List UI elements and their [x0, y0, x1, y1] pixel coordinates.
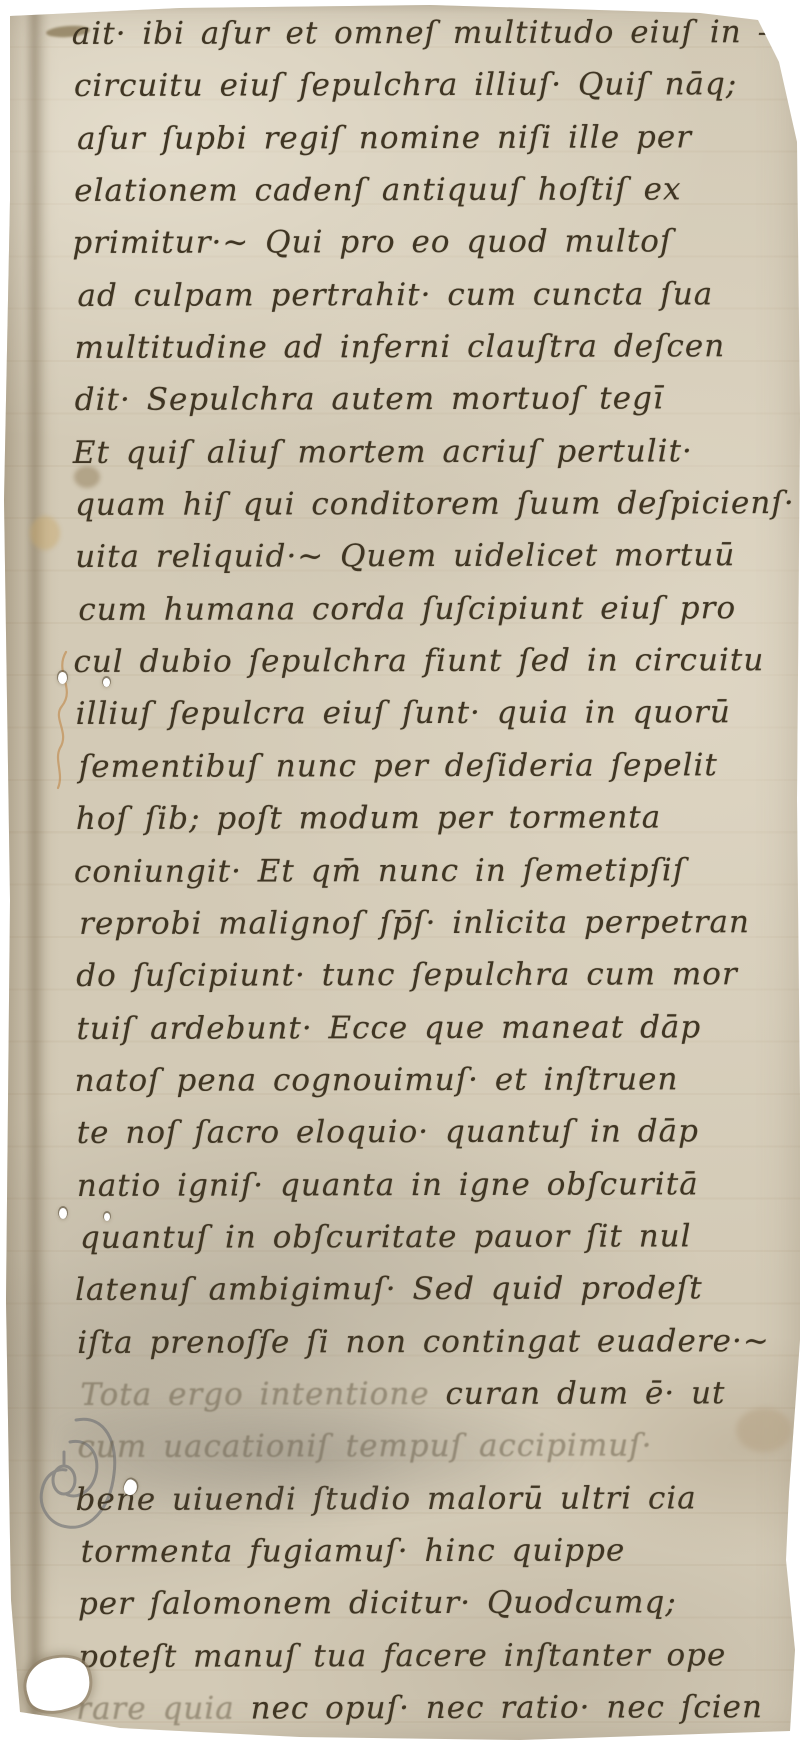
manuscript-line: iſta prenoſſe ſi non contingat euadere·~: [77, 1315, 799, 1369]
manuscript-line: ad culpam pertrahit· cum cuncta ſua: [77, 268, 799, 322]
manuscript-line: ait· ibi aſur et omneſ multitudo eiuſ in…: [72, 6, 794, 60]
manuscript-line: Et quiſ aliuſ mortem acriuſ pertulit·: [73, 425, 795, 479]
manuscript-line-text: nec opuſ· nec ratio· nec ſcien: [251, 1689, 763, 1726]
manuscript-line: tuiſ ardebunt· Ecce que maneat dāp: [76, 1001, 798, 1055]
wormhole-small: [103, 678, 110, 687]
manuscript-line: reprobi malignoſ ſp̄ſ· inlicita perpetra…: [79, 896, 800, 950]
manuscript-line: tormenta fugiamuſ· hinc quippe: [81, 1524, 800, 1578]
manuscript-line: natoſ pena cognouimuſ· et inſtruen: [74, 1053, 796, 1107]
wormhole-small: [58, 672, 67, 684]
manuscript-line: natio igniſ· quanta in igne obſcuritā: [77, 1158, 799, 1212]
manuscript-line: quantuſ in obſcuritate pauor ſit nul: [80, 1210, 800, 1264]
manuscript-line: quam hiſ qui conditorem ſuum deſpicienſ·: [75, 477, 797, 531]
manuscript-line: circuitu eiuſ ſepulchra illiuſ· Quiſ nāq…: [74, 58, 796, 112]
manuscript-line: uita reliquid·~ Quem uidelicet mortuū: [75, 529, 797, 583]
faded-text-fragment: Tota ergo intentione: [80, 1376, 445, 1413]
manuscript-line: bene uiuendi ſtudio malorū ultri cia: [76, 1472, 798, 1526]
manuscript-line: do ſuſcipiunt· tunc ſepulchra cum mor: [76, 948, 798, 1002]
manuscript-line-faded: cum uacationiſ tempuſ accipimuſ·: [77, 1419, 799, 1473]
manuscript-line: coniungit· Et qm̄ nunc in ſemetipſiſ: [74, 844, 796, 898]
manuscript-line: rare quia nec opuſ· nec ratio· nec ſcien: [76, 1681, 798, 1735]
manuscript-line: illiuſ ſepulcra eiuſ ſunt· quia in quorū: [76, 687, 798, 741]
manuscript-line-text: curan dum ē· ut: [445, 1375, 725, 1412]
wormhole-small: [59, 1208, 67, 1219]
manuscript-line: aſur ſupbi regiſ nomine niſi ille per: [77, 111, 799, 165]
manuscript-line: poteſt manuſ tua facere inſtanter ope: [78, 1629, 800, 1683]
manuscript-line: dit· Sepulchra autem mortuoſ tegī: [75, 372, 797, 426]
manuscript-line: primitur·~ Qui pro eo quod multoſ: [72, 215, 794, 269]
manuscript-photo: ait· ibi aſur et omneſ multitudo eiuſ in…: [0, 0, 800, 1743]
manuscript-line: elationem cadenſ antiquuſ hoſtiſ ex: [74, 163, 796, 217]
manuscript-line: Tota ergo intentione curan dum ē· ut: [80, 1367, 800, 1421]
manuscript-line: hoſ ſib; poſt modum per tormenta: [76, 791, 798, 845]
manuscript-line: per ſalomonem dicitur· Quodcumq;: [78, 1576, 800, 1630]
manuscript-line: multitudine ad inferni clauſtra deſcen: [75, 320, 797, 374]
manuscript-line: cul dubio ſepulchra fiunt ſed in circuit…: [73, 634, 795, 688]
faded-text-fragment: rare quia: [76, 1690, 250, 1726]
stain-mark: [30, 516, 60, 550]
manuscript-line: cum humana corda ſuſcipiunt eiuſ pro: [78, 582, 800, 636]
parchment-leaf: ait· ibi aſur et omneſ multitudo eiuſ in…: [0, 0, 800, 1743]
manuscript-text-block: ait· ibi aſur et omneſ multitudo eiuſ in…: [74, 6, 800, 1735]
manuscript-line: te noſ ſacro eloquio· quantuſ in dāp: [77, 1105, 799, 1159]
manuscript-line: latenuſ ambigimuſ· Sed quid prodeſt: [75, 1262, 797, 1316]
wormhole-small: [104, 1213, 110, 1221]
manuscript-line: ſementibuſ nunc per deſideria ſepelit: [79, 739, 800, 793]
